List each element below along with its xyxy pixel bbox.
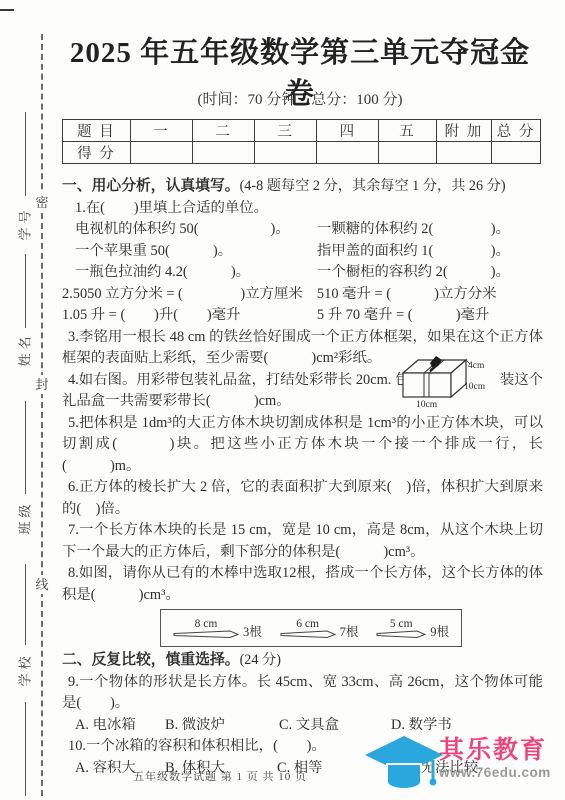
bottom-blank-line: [25, 702, 26, 796]
brand-url: www.76edu.com: [439, 764, 551, 782]
scan-corner-mark: [0, 9, 14, 11]
unit-row-2-right: 指甲盖的面积约 1( )。: [317, 241, 543, 263]
score-cell: [193, 142, 255, 164]
page-number-footer: 五年级数学试题 第 1 页 共 10 页: [55, 768, 385, 784]
unit-row-1-left: 电视机的体积约 50( )。: [62, 219, 317, 241]
score-cell: [255, 142, 317, 164]
stick-count-label: 7根: [340, 625, 359, 639]
score-header-zongfen: 总 分: [492, 120, 541, 142]
unit-row-3-left: 一瓶色拉油约 4.2( )。: [62, 262, 317, 284]
score-header-1: 一: [130, 120, 192, 142]
stick-length-label: 6 cm: [290, 618, 325, 630]
score-cell: [317, 142, 379, 164]
conversion-row-2-left: 1.05 升 = ( )升( )毫升: [62, 305, 317, 327]
question-9-option-a: A. 电冰箱: [75, 715, 165, 737]
question-2-row-2: 1.05 升 = ( )升( )毫升 5 升 70 毫升 = ( )毫升: [62, 305, 543, 327]
unit-row-1: 电视机的体积约 50( )。 一颗糖的体积约 2( )。: [62, 219, 543, 241]
question-1: 1.在( )里填上合适的单位。: [62, 198, 543, 220]
score-row-label: 得 分: [63, 142, 131, 164]
class-label: 班级: [15, 498, 34, 538]
question-9: 9.一个物体的形状是长方体。长 45cm、宽 33cm、高 26cm，这个物体可…: [62, 672, 543, 715]
stick-length-label: 8 cm: [189, 618, 224, 630]
question-8: 8.如图，请你从已有的木棒中选取12根，搭成一个长方体，这个长方体的体积是( )…: [62, 563, 543, 606]
brand-logo: 其乐教育 www.76edu.com: [367, 732, 563, 798]
question-9-option-b: B. 微波炉: [165, 715, 279, 737]
unit-row-3: 一瓶色拉油约 4.2( )。 一个橱柜的容积约 2( )。: [62, 262, 543, 284]
section2-heading: 二、反复比较，慎重选择。(24 分): [62, 650, 543, 672]
score-header-3: 三: [255, 120, 317, 142]
gift-box-figure: 4cm 10cm 10cm: [400, 355, 500, 413]
question-4: 4.如右图。用彩带包装礼品盆，打结处彩带长 20cm. 包 装这个 礼品盒一共需…: [62, 370, 543, 413]
question-4-text-mid: 装这个: [500, 370, 543, 392]
gift-box-width-label: 10cm: [416, 400, 438, 410]
section2-note: (24 分): [240, 652, 281, 668]
question-4-text-pre: 4.如右图。用彩带包装礼品盆，打结处彩带长 20cm. 包: [62, 370, 409, 392]
student-name-label: 姓名: [15, 330, 34, 370]
student-id-label: 学号: [15, 204, 34, 244]
class-blank-line: [25, 401, 26, 494]
section1-title: 一、用心分析，认真填写。: [62, 178, 240, 194]
score-cell: [436, 142, 491, 164]
question-2-row-1: 2.5050 立方分米 = ( )立方厘米 510 毫升 = ( )立方分米: [62, 284, 543, 306]
score-table: 题 目 一 二 三 四 五 附 加 总 分 得 分: [62, 119, 541, 164]
paper-body: 一、用心分析，认真填写。(4-8 题每空 2 分，其余每空 1 分，共 26 分…: [62, 176, 543, 779]
section1-note: (4-8 题每空 2 分，其余每空 1 分，共 26 分): [240, 178, 506, 194]
stick-length-label: 5 cm: [384, 618, 419, 630]
stick-rod-icon: [280, 630, 336, 639]
score-table-score-row: 得 分: [63, 142, 541, 164]
score-header-5: 五: [379, 120, 436, 142]
score-cell: [379, 142, 436, 164]
student-id-blank-line: [25, 112, 26, 196]
exam-paper-page: 密 封 线 学号 姓名 班级 学校 2025 年五年级数学第三单元夺冠金卷 (时…: [0, 0, 565, 800]
unit-row-3-right: 一个橱柜的容积约 2( )。: [317, 262, 543, 284]
section2-title: 二、反复比较，慎重选择。: [62, 652, 240, 668]
seal-char-xian: 线: [33, 575, 51, 594]
gift-box-icon: 4cm 10cm 10cm: [400, 355, 500, 413]
stick-count-label: 3根: [243, 625, 262, 639]
unit-row-2-left: 一个苹果重 50( )。: [62, 241, 317, 263]
score-cell: [492, 142, 541, 164]
graduation-cap-icon: [363, 734, 445, 796]
gift-box-depth-label: 10cm: [464, 382, 486, 392]
score-header-fujia: 附 加: [436, 120, 491, 142]
stick-group-5cm: 5 cm 9根: [376, 618, 449, 639]
stick-rod-icon: [173, 630, 239, 639]
score-table-header-row: 题 目 一 二 三 四 五 附 加 总 分: [63, 120, 541, 142]
unit-row-2: 一个苹果重 50( )。 指甲盖的面积约 1( )。: [62, 241, 543, 263]
seal-char-mi: 密: [33, 193, 51, 212]
question-7: 7.一个长方体木块的长是 15 cm，宽是 10 cm，高是 8cm，从这个木块…: [62, 520, 543, 563]
student-name-blank-line: [25, 254, 26, 328]
score-header-4: 四: [317, 120, 379, 142]
brand-name: 其乐教育: [439, 736, 551, 764]
stick-count-label: 9根: [430, 625, 449, 639]
question-5: 5.把体积是 1dm³的大正方体木块切割成体积是 1cm³的小正方体木块，可以切…: [62, 413, 543, 478]
score-cell: [130, 142, 192, 164]
school-blank-line: [25, 564, 26, 645]
page-subtitle: (时间：70 分钟 总分：100 分): [55, 88, 545, 109]
conversion-row-2-right: 5 升 70 毫升 = ( )毫升: [317, 305, 543, 327]
conversion-row-1-right: 510 毫升 = ( )立方分米: [317, 284, 543, 306]
stick-rod-icon: [376, 630, 426, 639]
seal-dashed-line: [41, 34, 43, 796]
stick-group-6cm: 6 cm 7根: [280, 618, 359, 639]
school-label: 学校: [15, 650, 34, 690]
question-6: 6.正方体的棱长扩大 2 倍，它的表面积扩大到原来( )倍，体积扩大到原来的( …: [62, 477, 543, 520]
score-header-timu: 题 目: [63, 120, 131, 142]
gift-box-height-label: 4cm: [468, 361, 485, 371]
conversion-row-1-left: 2.5050 立方分米 = ( )立方厘米: [62, 284, 317, 306]
unit-row-1-right: 一颗糖的体积约 2( )。: [317, 219, 543, 241]
score-header-2: 二: [193, 120, 255, 142]
wood-sticks-figure: 8 cm 3根 6 cm 7根 5 cm: [160, 609, 462, 647]
seal-char-feng: 封: [33, 375, 51, 394]
section1-heading: 一、用心分析，认真填写。(4-8 题每空 2 分，其余每空 1 分，共 26 分…: [62, 176, 543, 198]
stick-group-8cm: 8 cm 3根: [173, 618, 262, 639]
